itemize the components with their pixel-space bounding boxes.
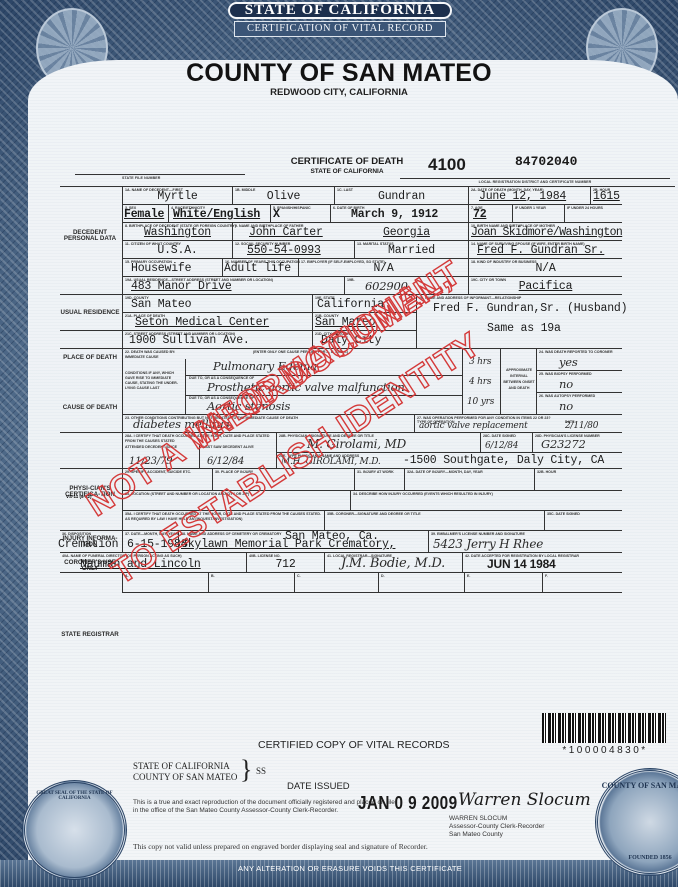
occupation-value: Housewife — [131, 262, 191, 275]
field-last-name: 1C. LAST Gundran — [334, 186, 468, 204]
field-injury-at-work: 31. INJURY AT WORK — [354, 468, 404, 490]
death-place-value: Seton Medical Center — [135, 316, 269, 329]
field-business: 18. KIND OF INDUSTRY OR BUSINESS N/A — [468, 258, 622, 276]
field-first-name: 1A. NAME OF DECEDENT—FIRST Myrtle — [122, 186, 232, 204]
field-date-signed: 28C. DATE SIGNED 6/12/84 — [480, 432, 532, 452]
disposition-value: Cremation — [58, 538, 118, 551]
citizen-value: U.S.A. — [123, 244, 232, 257]
embalmer-value: 5423 Jerry H Rhee — [433, 537, 543, 551]
residence-city-value: Pacifica — [469, 280, 622, 293]
operation-date-value: 2/11/80 — [565, 421, 598, 431]
field-license: 28D. PHYSICIAN'S LICENSE NUMBER G23272 — [532, 432, 622, 452]
registrar-box-b: B. — [208, 572, 294, 592]
coroner-referral-value: yes — [559, 355, 578, 369]
recorder-signature: Warren Slocum — [458, 790, 591, 810]
accepted-date-value: JUN 14 1984 — [487, 557, 556, 571]
divider — [75, 174, 245, 175]
field-injury-hour: 32B. HOUR — [534, 468, 622, 490]
birthplace-value: Washington — [123, 226, 232, 239]
local-registration-label: LOCAL REGISTRATION DISTRICT AND CERTIFIC… — [400, 180, 670, 184]
cemetery-value: Skylawn Memorial Park Crematory, — [181, 538, 395, 551]
certificate-title: CERTIFICATE OF DEATH — [282, 156, 412, 167]
certificate-subtitle: STATE OF CALIFORNIA — [282, 168, 412, 175]
field-age: 7. AGE 72 — [468, 204, 512, 222]
field-residence-county: 19D. COUNTY San Mateo — [122, 294, 312, 312]
field-hispanic: 5. SPANISH/HISPANIC X — [270, 204, 330, 222]
interval-c-value: 10 yrs — [467, 397, 494, 407]
field-race: 4. RACE/ETHNICITY White/English — [168, 204, 270, 222]
section-registrar: STATE REGISTRAR — [60, 632, 120, 638]
date-issued-label: DATE ISSUED — [287, 781, 350, 792]
marital-value: Married — [355, 244, 468, 257]
operation-type-value: aortic valve replacement — [419, 421, 528, 431]
divider — [122, 592, 622, 593]
field-death-street: 21C. STREET ADDRESS (STREET AND NUMBER O… — [122, 330, 312, 348]
field-injury-description: 34. DESCRIBE HOW INJURY OCCURRED (EVENTS… — [350, 490, 622, 510]
recorder-name: WARREN SLOCUM — [449, 815, 544, 823]
field-birthplace: 8. BIRTHPLACE OF DECEDENT (STATE OR FORE… — [122, 222, 232, 240]
field-disposition: 36. DISPOSITION Cremation — [60, 530, 122, 552]
divider — [400, 178, 670, 179]
field-mother: 10. BIRTH NAME AND BIRTHPLACE OF MOTHER … — [468, 222, 622, 240]
county-subtitle: REDWOOD CITY, CALIFORNIA — [0, 87, 678, 98]
father-name-value: John Carter — [249, 226, 323, 239]
residence-county-value: San Mateo — [131, 298, 191, 311]
field-hour: 2B. HOUR 1615 — [590, 186, 622, 204]
field-years-occupation: 16. NUMBER OF YEARS THIS OCCUPATION Adul… — [222, 258, 298, 276]
field-embalmer: 39. EMBALMER'S LICENSE NUMBER AND SIGNAT… — [428, 530, 622, 552]
field-death-place: 21A. PLACE OF DEATH Seton Medical Center — [122, 312, 312, 330]
informant-value: Fred F. Gundran,Sr. (Husband) — [433, 302, 627, 315]
recorder-info: WARREN SLOCUM Assessor-County Clerk-Reco… — [449, 815, 544, 839]
brace: } — [240, 757, 252, 783]
ss-label: SS — [256, 766, 266, 776]
venue-state: STATE OF CALIFORNIA — [133, 761, 237, 772]
validity-note: This copy not valid unless prepared on e… — [133, 842, 428, 851]
field-coroner-date: 35C. DATE SIGNED — [544, 510, 622, 530]
field-residence-city: 19C. CITY OR TOWN Pacifica — [468, 276, 622, 294]
section-cause-of-death: CAUSE OF DEATH — [60, 405, 120, 411]
field-sex: 3. SEX Female — [122, 204, 168, 222]
field-under-year: IF UNDER 1 YEAR — [512, 204, 564, 222]
date-of-death-value: June 12, 1984 — [479, 190, 566, 203]
venue: STATE OF CALIFORNIA COUNTY OF SAN MATEO — [133, 761, 237, 783]
section-place-of-death: PLACE OF DEATH — [60, 355, 120, 361]
barcode-number: *100004830* — [540, 745, 670, 756]
county-seal-icon: COUNTY OF SAN MATEO FOUNDED 1856 — [595, 768, 678, 876]
field-accepted-date: 42. DATE ACCEPTED FOR REGISTRATION BY LO… — [462, 552, 622, 572]
field-autopsy: 26. WAS AUTOPSY PERFORMED no — [536, 392, 622, 414]
field-interval-label: APPROXIMATE INTERVAL BETWEEN ONSET AND D… — [500, 348, 536, 414]
interval-b-value: 4 hrs — [469, 377, 491, 387]
field-middle-name: 1B. MIDDLE Olive — [232, 186, 334, 204]
recorder-county: San Mateo County — [449, 831, 544, 839]
sex-value: Female — [124, 208, 164, 221]
field-operation: 27. WAS OPERATION PERFORMED FOR ANY COND… — [414, 414, 622, 432]
hour-value: 1615 — [593, 190, 620, 203]
certificate-number: 84702040 — [515, 154, 577, 169]
date-signed-value: 6/12/84 — [485, 441, 518, 451]
field-date-of-birth: 6. DATE OF BIRTH March 9, 1912 — [330, 204, 468, 222]
field-ssn: 12. SOCIAL SECURITY NUMBER 550-54-0993 — [232, 240, 354, 258]
biopsy-value: no — [559, 377, 573, 391]
spouse-value: Fred F. Gundran Sr. — [477, 244, 604, 257]
field-under-day: IF UNDER 24 HOURS — [564, 204, 622, 222]
barcode — [542, 713, 666, 743]
physician-address-value: -1500 Southgate, Daly City, CA — [403, 454, 604, 467]
field-funeral-license: 40B. LICENSE NO. 712 — [246, 552, 324, 572]
age-value: 72 — [473, 208, 486, 221]
date-of-birth-value: March 9, 1912 — [351, 208, 438, 221]
death-street-value: 1900 Sullivan Ave. — [129, 334, 250, 347]
state-seal-icon: GREAT SEAL OF THE STATE OF CALIFORNIA — [22, 780, 127, 880]
field-father: 9. NAME AND BIRTHPLACE OF FATHER John Ca… — [232, 222, 468, 240]
date-issued-stamp: JAN 0 9 2009 — [358, 793, 458, 814]
local-registrar-value: J.M. Bodie, M.D. — [341, 556, 445, 571]
state-banner: STATE OF CALIFORNIA — [228, 2, 452, 19]
field-local-registrar: 41. LOCAL REGISTRAR—SIGNATURE J.M. Bodie… — [324, 552, 462, 572]
field-coroner-signature: 35B. CORONER—SIGNATURE AND DEGREE OR TIT… — [324, 510, 544, 530]
field-occupation: 15. PRIMARY OCCUPATION Housewife — [122, 258, 222, 276]
field-injury-date: 32A. DATE OF INJURY—MONTH, DAY, YEAR — [404, 468, 534, 490]
race-value: White/English — [173, 208, 260, 221]
field-citizen: 11. CITIZEN OF WHAT COUNTRY U.S.A. — [122, 240, 232, 258]
field-residence-street: 19A. USUAL RESIDENCE—STREET ADDRESS (STR… — [122, 276, 344, 294]
registrar-box-c: C. — [294, 572, 378, 592]
father-birthplace-value: Georgia — [383, 226, 430, 239]
ssn-value: 550-54-0993 — [247, 244, 321, 257]
middle-name-value: Olive — [233, 190, 334, 203]
field-date-of-death: 2A. DATE OF DEATH (MONTH, DAY, YEAR) Jun… — [468, 186, 590, 204]
license-value: G23272 — [541, 437, 586, 451]
last-seen-value: 6/12/84 — [207, 456, 244, 467]
certification-banner: CERTIFICATION OF VITAL RECORD — [234, 21, 446, 37]
residence-street-value: 483 Manor Drive — [131, 280, 232, 293]
hispanic-value: X — [273, 208, 280, 221]
district-number: 4100 — [428, 155, 466, 175]
registrar-box-f: F. — [542, 572, 622, 592]
last-name-value: Gundran — [335, 190, 468, 203]
recorder-title: Assessor-County Clerk-Recorder — [449, 823, 544, 831]
section-decedent: DECEDENT PERSONAL DATA — [60, 230, 120, 243]
alteration-warning: ANY ALTERATION OR ERASURE VOIDS THIS CER… — [238, 864, 462, 873]
venue-county: COUNTY OF SAN MATEO — [133, 772, 237, 783]
autopsy-value: no — [559, 399, 573, 413]
section-residence: USUAL RESIDENCE — [60, 310, 120, 316]
field-spouse: 14. NAME OF SURVIVING SPOUSE (IF WIFE, E… — [468, 240, 622, 258]
registrar-box-d: D. — [378, 572, 464, 592]
first-name-value: Myrtle — [123, 190, 232, 203]
field-marital: 13. MARITAL STATUS Married — [354, 240, 468, 258]
funeral-license-value: 712 — [247, 558, 324, 571]
mother-value: Joan Skidmore/Washington — [471, 226, 622, 239]
business-value: N/A — [469, 262, 622, 275]
years-value: Adult life — [224, 262, 291, 275]
registrar-box-e: E. — [464, 572, 542, 592]
field-coroner-referral: 24. WAS DEATH REPORTED TO CORONER yes — [536, 348, 622, 370]
state-file-label: STATE FILE NUMBER — [122, 176, 161, 180]
county-title: COUNTY OF SAN MATEO — [0, 59, 678, 88]
informant-address-value: Same as 19a — [487, 322, 561, 335]
field-biopsy: 25. WAS BIOPSY PERFORMED no — [536, 370, 622, 392]
certified-copy-heading: CERTIFIED COPY OF VITAL RECORDS — [258, 739, 450, 751]
